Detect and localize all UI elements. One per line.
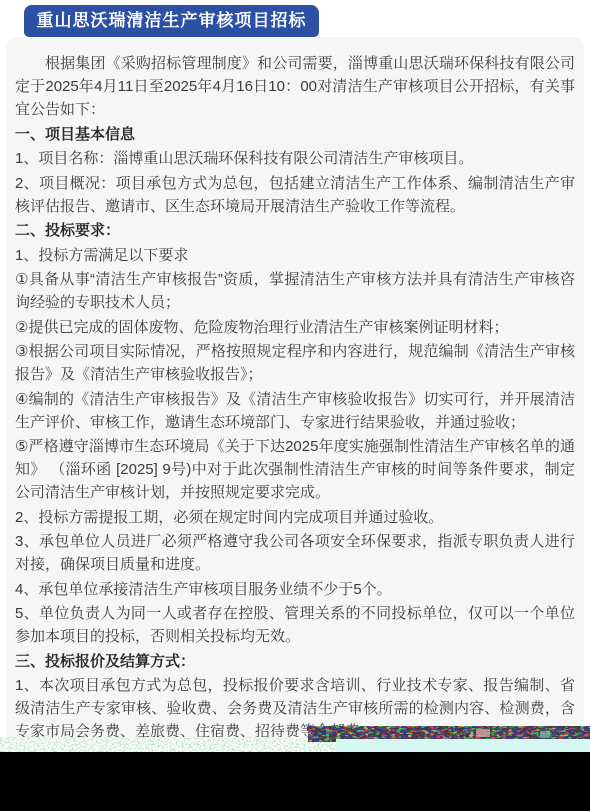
paragraph: ④编制的《清洁生产审核报告》及《清洁生产审核验收报告》切实可行，并开展清洁生产评… [15,388,575,434]
bottom-black-band [0,752,590,811]
paragraph: ②提供已完成的固体废物、危险废物治理行业清洁生产审核案例证明材料； [15,316,575,339]
paragraph: 2、项目概况：项目承包方式为总包，包括建立清洁生产工作体系、编制清洁生产审核评估… [15,172,575,218]
paragraph: 1、项目名称：淄博重山思沃瑞环保科技有限公司清洁生产审核项目。 [15,147,575,170]
paragraph: 4、承包单位承接清洁生产审核项目服务业绩不少于5个。 [15,578,575,601]
paragraph: ①具备从事“清洁生产审核报告”资质，掌握清洁生产审核方法并具有清洁生产审核咨询经… [15,268,575,314]
corruption-artifact-speckle [0,737,336,752]
paragraph: ⑤严格遵守淄博市生态环境局《关于下达2025年度实施强制性清洁生产审核名单的通知… [15,435,575,504]
paragraph: 2、投标方需提报工期，必须在规定时间内完成项目并通过验收。 [15,506,575,529]
paragraph: ③根据公司项目实际情况，严格按照规定程序和内容进行，规范编制《清洁生产审核报告》… [15,340,575,386]
corruption-cyan-band [336,739,590,752]
article-body-card: 根据集团《采购招标管理制度》和公司需要，淄博重山思沃瑞环保科技有限公司定于202… [6,37,584,752]
paragraph: 5、单位负责人为同一人或者存在控股、管理关系的不同投标单位，仅可以一个单位参加本… [15,602,575,648]
paragraph: 根据集团《采购招标管理制度》和公司需要，淄博重山思沃瑞环保科技有限公司定于202… [15,52,575,121]
paragraph: 3、承包单位人员进厂必须严格遵守我公司各项安全环保要求，指派专职负责人进行对接，… [15,530,575,576]
section-heading: 三、投标报价及结算方式： [15,650,575,673]
section-heading: 一、项目基本信息 [15,123,575,146]
paragraph-list: 根据集团《采购招标管理制度》和公司需要，淄博重山思沃瑞环保科技有限公司定于202… [15,52,575,743]
title-badge: 重山思沃瑞清洁生产审核项目招标 [24,5,319,37]
section-heading: 二、投标要求： [15,219,575,242]
paragraph: 1、投标方需满足以下要求 [15,244,575,267]
